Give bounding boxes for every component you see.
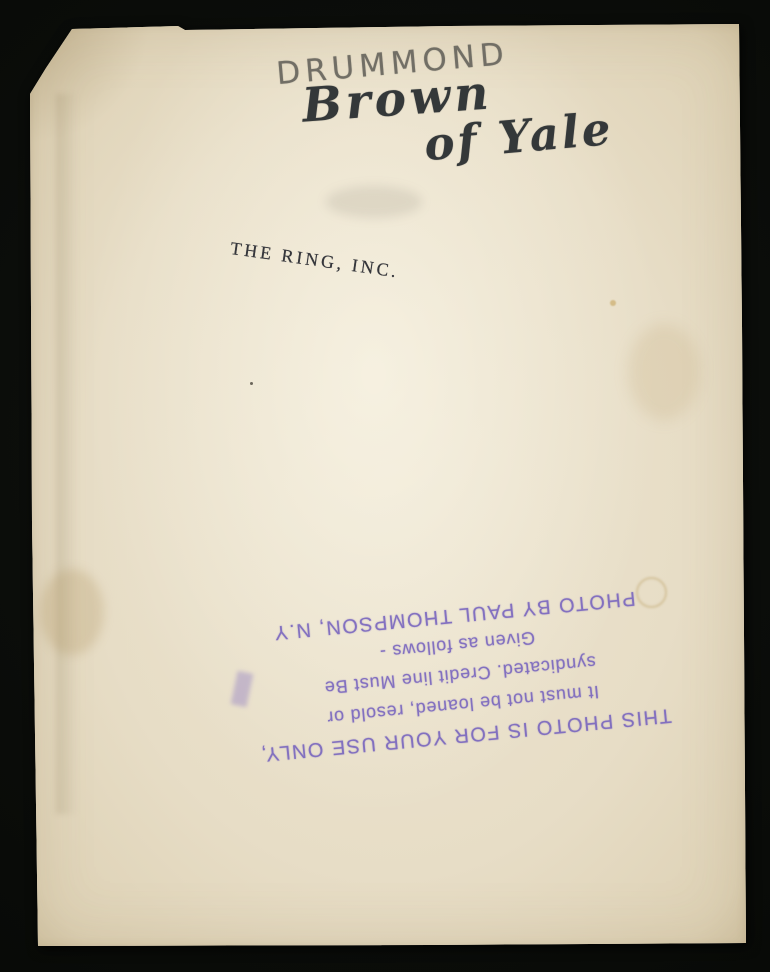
corner-shading xyxy=(30,24,150,144)
photo-scan-backdrop: DRUMMOND Brown of Yale THE RING, INC. TH… xyxy=(0,0,770,972)
photographer-stamp: THIS PHOTO IS FOR YOUR USE ONLY, It must… xyxy=(219,578,701,772)
speckle-stain xyxy=(40,569,104,655)
small-stain-dot xyxy=(610,300,616,306)
photo-back-paper: DRUMMOND Brown of Yale THE RING, INC. TH… xyxy=(30,24,746,947)
paper-shadow: DRUMMOND Brown of Yale THE RING, INC. TH… xyxy=(0,0,770,972)
dark-fleck xyxy=(250,382,253,385)
stain-blot xyxy=(628,324,700,420)
pencil-smudge xyxy=(326,186,422,218)
ring-inc-stamp: THE RING, INC. xyxy=(229,238,400,282)
left-edge-crease xyxy=(56,94,78,814)
